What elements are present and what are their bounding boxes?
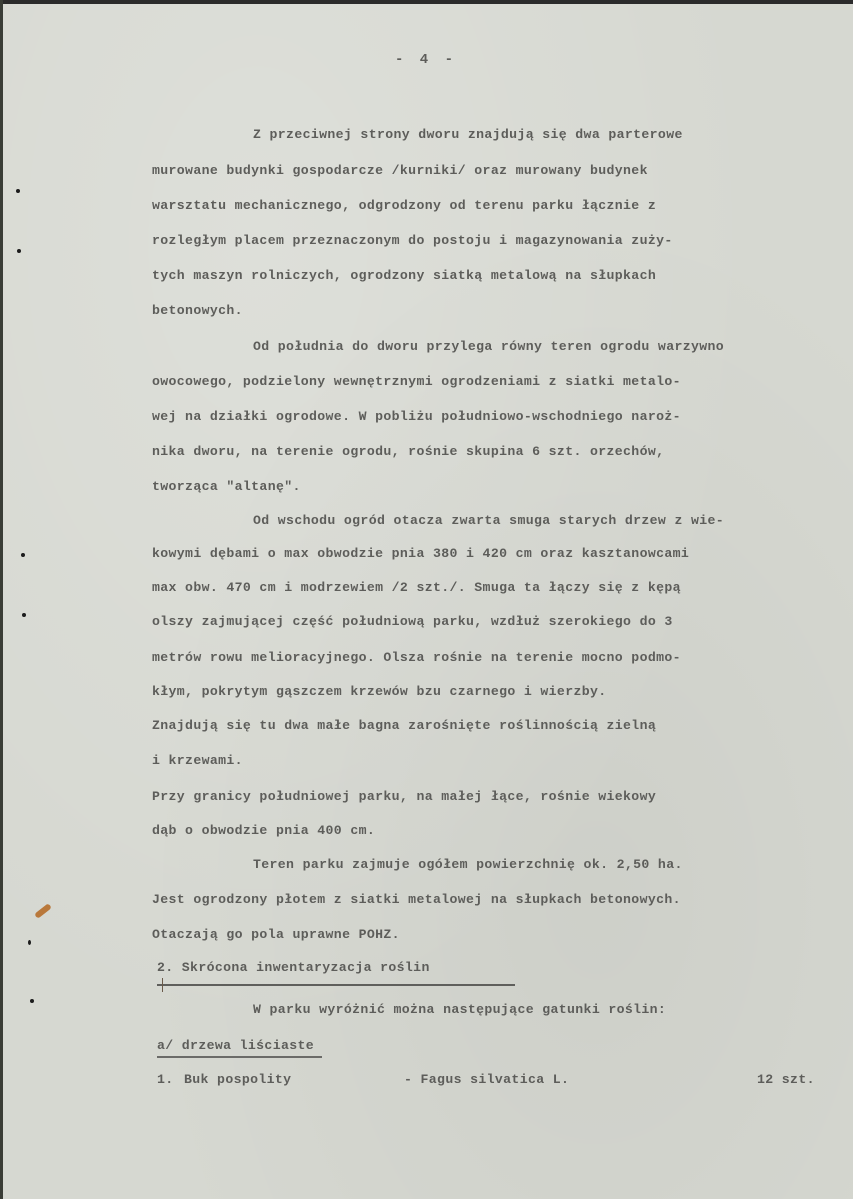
scan-top-edge — [0, 0, 853, 4]
paragraph-3-line: metrów rowu melioracyjnego. Olsza rośnie… — [152, 650, 681, 666]
paragraph-2-line: owocowego, podzielony wewnętrznymi ogrod… — [152, 374, 681, 390]
margin-dot — [30, 999, 34, 1003]
paragraph-3-line: Przy granicy południowej parku, na małej… — [152, 789, 656, 805]
section-intro: W parku wyróżnić można następujące gatun… — [253, 1002, 666, 1018]
margin-dot — [17, 249, 21, 253]
paragraph-2-line: Od południa do dworu przylega równy tere… — [253, 339, 724, 355]
paragraph-2-line: nika dworu, na terenie ogrodu, rośnie sk… — [152, 444, 664, 460]
margin-dot — [22, 613, 26, 617]
species-common-name: Buk pospolity — [184, 1072, 291, 1088]
paragraph-2-line: tworząca "altanę". — [152, 479, 301, 495]
pencil-mark — [162, 978, 163, 992]
species-latin-name: - Fagus silvatica L. — [404, 1072, 569, 1088]
paragraph-3-line: max obw. 470 cm i modrzewiem /2 szt./. S… — [152, 580, 681, 596]
paragraph-3-line: dąb o obwodzie pnia 400 cm. — [152, 823, 375, 839]
paragraph-1-line: tych maszyn rolniczych, ogrodzony siatką… — [152, 268, 656, 284]
paragraph-1-line: Z przeciwnej strony dworu znajdują się d… — [253, 127, 683, 143]
paragraph-1-line: murowane budynki gospodarcze /kurniki/ o… — [152, 163, 648, 179]
paragraph-1-line: rozległym placem przeznaczonym do postoj… — [152, 233, 673, 249]
paragraph-3-line: kłym, pokrytym gąszczem krzewów bzu czar… — [152, 684, 607, 700]
species-count: 12 szt. — [757, 1072, 815, 1088]
margin-dot — [16, 189, 20, 193]
margin-dot — [28, 940, 31, 945]
document-page — [3, 4, 853, 1199]
paragraph-4-line: Teren parku zajmuje ogółem powierzchnię … — [253, 857, 683, 873]
paragraph-1-line: warsztatu mechanicznego, odgrodzony od t… — [152, 198, 656, 214]
paragraph-4-line: Jest ogrodzony płotem z siatki metalowej… — [152, 892, 681, 908]
subsection-heading: a/ drzewa liściaste — [157, 1038, 322, 1058]
paragraph-3-line: Od wschodu ogród otacza zwarta smuga sta… — [253, 513, 724, 529]
scan-left-edge — [0, 0, 3, 1199]
paragraph-3-line: olszy zajmującej część południową parku,… — [152, 614, 673, 630]
paragraph-2-line: wej na działki ogrodowe. W pobliżu połud… — [152, 409, 681, 425]
page-number: - 4 - — [395, 52, 457, 68]
paragraph-3-line: kowymi dębami o max obwodzie pnia 380 i … — [152, 546, 689, 562]
section-heading-underline — [157, 984, 515, 986]
paragraph-4-line: Otaczają go pola uprawne POHZ. — [152, 927, 400, 943]
section-heading: 2. Skrócona inwentaryzacja roślin — [157, 960, 430, 976]
species-number: 1. — [157, 1072, 174, 1088]
paragraph-1-line: betonowych. — [152, 303, 243, 319]
paragraph-3-line: Znajdują się tu dwa małe bagna zarośnięt… — [152, 718, 656, 734]
paragraph-3-line: i krzewami. — [152, 753, 243, 769]
margin-dot — [21, 553, 25, 557]
